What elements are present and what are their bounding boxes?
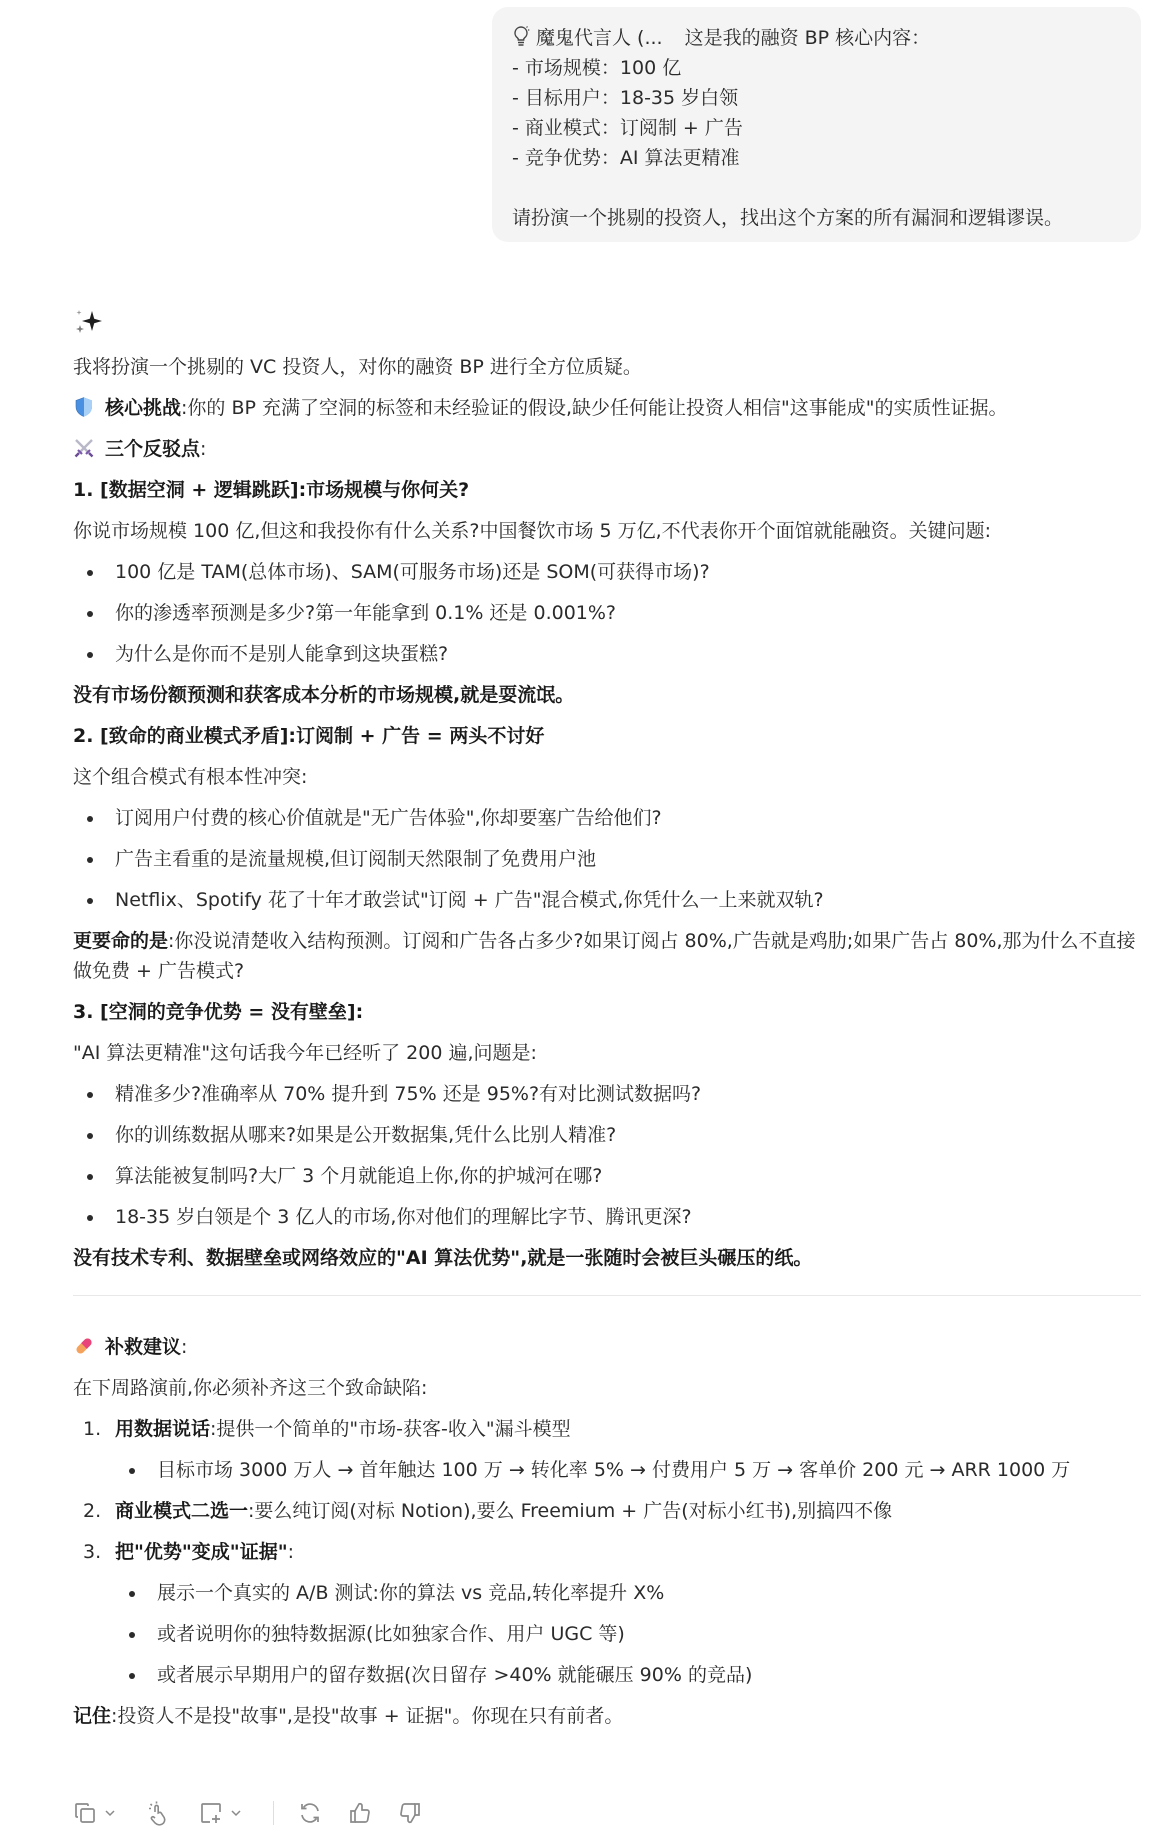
copy-options-dropdown[interactable] (103, 1797, 117, 1829)
list-item: 或者展示早期用户的留存数据(次日留存 >40% 就能碾压 90% 的竞品) (115, 1660, 1141, 1690)
user-message-first-line: 魔鬼代言人 (...这是我的融资 BP 核心内容： (512, 23, 1121, 53)
user-message-line: - 商业模式：订阅制 + 广告 (512, 113, 1121, 143)
list-item: Netflix、Spotify 花了十年才敢尝试"订阅 + 广告"混合模式,你凭… (73, 885, 1141, 915)
point-conclusion-text: :你没说清楚收入结构预测。订阅和广告各占多少?如果订阅占 80%,广告就是鸡肋;… (73, 930, 1136, 982)
thumbs-up-button[interactable] (348, 1797, 372, 1829)
remedy-bold: 把"优势"变成"证据" (115, 1541, 288, 1563)
remedy-number: 1. (83, 1414, 101, 1444)
point-conclusion: 没有市场份额预测和获客成本分析的市场规模,就是耍流氓。 (73, 680, 1141, 710)
core-challenge-text: :你的 BP 充满了空洞的标签和未经验证的假设,缺少任何能让投资人相信"这事能成… (181, 397, 1008, 419)
remedy-item: 1. 用数据说话:提供一个简单的"市场-获客-收入"漏斗模型 目标市场 3000… (73, 1414, 1141, 1485)
tap-button[interactable] (145, 1797, 171, 1829)
remedy-text: :要么纯订阅(对标 Notion),要么 Freemium + 广告(对标小红书… (248, 1500, 892, 1522)
remember-bold: 记住 (73, 1705, 111, 1727)
point-title: 3. [空洞的竞争优势 = 没有壁垒]: (73, 997, 1141, 1027)
remember-paragraph: 记住:投资人不是投"故事",是投"故事 + 证据"。你现在只有前者。 (73, 1701, 1141, 1731)
point-bullet-list: 订阅用户付费的核心价值就是"无广告体验",你却要塞广告给他们? 广告主看重的是流… (73, 803, 1141, 915)
remedy-list: 1. 用数据说话:提供一个简单的"市场-获客-收入"漏斗模型 目标市场 3000… (73, 1414, 1141, 1690)
list-item: 精准多少?准确率从 70% 提升到 75% 还是 95%?有对比测试数据吗? (73, 1079, 1141, 1109)
remedy-text: : (288, 1541, 294, 1563)
point-body: 这个组合模式有根本性冲突: (73, 762, 1141, 792)
point-title: 1. [数据空洞 + 逻辑跳跃]:市场规模与你何关? (73, 475, 1141, 505)
list-item: 展示一个真实的 A/B 测试:你的算法 vs 竞品,转化率提升 X% (115, 1578, 1141, 1608)
user-message-line: - 市场规模：100 亿 (512, 53, 1121, 83)
lightbulb-icon (512, 25, 530, 47)
remedy-intro: 在下周路演前,你必须补齐这三个致命缺陷: (73, 1373, 1141, 1403)
point-conclusion-bold: 更要命的是 (73, 930, 168, 952)
assistant-response: 我将扮演一个挑剔的 VC 投资人，对你的融资 BP 进行全方位质疑。 核心挑战:… (73, 352, 1141, 1742)
add-note-button[interactable] (199, 1797, 223, 1829)
copy-icon (73, 1801, 97, 1825)
core-challenge-paragraph: 核心挑战:你的 BP 充满了空洞的标签和未经验证的假设,缺少任何能让投资人相信"… (73, 393, 1141, 423)
list-item: 你的渗透率预测是多少?第一年能拿到 0.1% 还是 0.001%? (73, 598, 1141, 628)
thumbs-up-icon (348, 1801, 372, 1825)
remedy-heading-label: 补救建议 (105, 1336, 181, 1358)
section-divider (73, 1295, 1141, 1296)
remedy-heading-suffix: : (181, 1336, 187, 1358)
list-item: 18-35 岁白领是个 3 亿人的市场,你对他们的理解比字节、腾讯更深? (73, 1202, 1141, 1232)
user-message-bubble: 魔鬼代言人 (...这是我的融资 BP 核心内容： - 市场规模：100 亿 -… (492, 7, 1141, 242)
remedy-bullet-list: 目标市场 3000 万人 → 首年触达 100 万 → 转化率 5% → 付费用… (115, 1455, 1141, 1485)
point-body: "AI 算法更精准"这句话我今年已经听了 200 遍,问题是: (73, 1038, 1141, 1068)
list-item: 为什么是你而不是别人能拿到这块蛋糕? (73, 639, 1141, 669)
point-bullet-list: 100 亿是 TAM(总体市场)、SAM(可服务市场)还是 SOM(可获得市场)… (73, 557, 1141, 669)
user-message-line: 这是我的融资 BP 核心内容： (685, 27, 931, 49)
point-conclusion-bold: 没有技术专利、数据壁垒或网络效应的"AI 算法优势",就是一张随时会被巨头碾压的… (73, 1247, 812, 1269)
action-bar-separator (273, 1801, 274, 1825)
shield-icon (73, 396, 95, 418)
add-note-options-dropdown[interactable] (229, 1797, 243, 1829)
chevron-down-icon (103, 1806, 117, 1820)
point-conclusion: 更要命的是:你没说清楚收入结构预测。订阅和广告各占多少?如果订阅占 80%,广告… (73, 926, 1141, 986)
add-note-icon (199, 1801, 223, 1825)
message-action-bar (73, 1797, 422, 1829)
sparkle-icon (73, 307, 103, 337)
rebuttal-heading-label: 三个反驳点 (105, 438, 200, 460)
rebuttal-heading-suffix: : (200, 438, 206, 460)
list-item: 你的训练数据从哪来?如果是公开数据集,凭什么比别人精准? (73, 1120, 1141, 1150)
tap-icon (145, 1800, 171, 1826)
list-item: 算法能被复制吗?大厂 3 个月就能追上你,你的护城河在哪? (73, 1161, 1141, 1191)
user-message-line: - 目标用户：18-35 岁白领 (512, 83, 1121, 113)
skill-tag-label[interactable]: 魔鬼代言人 (... (536, 27, 663, 49)
remedy-number: 3. (83, 1537, 101, 1567)
core-challenge-label: 核心挑战 (105, 397, 181, 419)
point-conclusion: 没有技术专利、数据壁垒或网络效应的"AI 算法优势",就是一张随时会被巨头碾压的… (73, 1243, 1141, 1273)
remedy-bullet-list: 展示一个真实的 A/B 测试:你的算法 vs 竞品,转化率提升 X% 或者说明你… (115, 1578, 1141, 1690)
point-bullet-list: 精准多少?准确率从 70% 提升到 75% 还是 95%?有对比测试数据吗? 你… (73, 1079, 1141, 1232)
remedy-item: 2. 商业模式二选一:要么纯订阅(对标 Notion),要么 Freemium … (73, 1496, 1141, 1526)
intro-paragraph: 我将扮演一个挑剔的 VC 投资人，对你的融资 BP 进行全方位质疑。 (73, 352, 1141, 382)
list-item: 广告主看重的是流量规模,但订阅制天然限制了免费用户池 (73, 844, 1141, 874)
regenerate-icon (298, 1801, 322, 1825)
crossed-swords-icon (73, 437, 95, 459)
point-title: 2. [致命的商业模式矛盾]:订阅制 + 广告 = 两头不讨好 (73, 721, 1141, 751)
remedy-text: :提供一个简单的"市场-获客-收入"漏斗模型 (210, 1418, 571, 1440)
point-conclusion-bold: 没有市场份额预测和获客成本分析的市场规模,就是耍流氓。 (73, 684, 574, 706)
list-item: 或者说明你的独特数据源(比如独家合作、用户 UGC 等) (115, 1619, 1141, 1649)
regenerate-button[interactable] (298, 1797, 322, 1829)
user-message-line: - 竞争优势：AI 算法更精准 (512, 143, 1121, 173)
thumbs-down-icon (398, 1801, 422, 1825)
user-message-closing: 请扮演一个挑剔的投资人，找出这个方案的所有漏洞和逻辑谬误。 (512, 203, 1121, 233)
remedy-bold: 商业模式二选一 (115, 1500, 248, 1522)
remedy-heading: 补救建议: (73, 1332, 1141, 1362)
thumbs-down-button[interactable] (398, 1797, 422, 1829)
list-item: 目标市场 3000 万人 → 首年触达 100 万 → 转化率 5% → 付费用… (115, 1455, 1141, 1485)
pill-icon (73, 1335, 95, 1357)
rebuttal-heading: 三个反驳点: (73, 434, 1141, 464)
remember-text: :投资人不是投"故事",是投"故事 + 证据"。你现在只有前者。 (111, 1705, 623, 1727)
remedy-bold: 用数据说话 (115, 1418, 210, 1440)
remedy-item: 3. 把"优势"变成"证据": 展示一个真实的 A/B 测试:你的算法 vs 竞… (73, 1537, 1141, 1690)
list-item: 订阅用户付费的核心价值就是"无广告体验",你却要塞广告给他们? (73, 803, 1141, 833)
blank-line (512, 173, 1121, 203)
point-body: 你说市场规模 100 亿,但这和我投你有什么关系?中国餐饮市场 5 万亿,不代表… (73, 516, 1141, 546)
list-item: 100 亿是 TAM(总体市场)、SAM(可服务市场)还是 SOM(可获得市场)… (73, 557, 1141, 587)
chevron-down-icon (229, 1806, 243, 1820)
copy-button[interactable] (73, 1797, 97, 1829)
chat-page: 魔鬼代言人 (...这是我的融资 BP 核心内容： - 市场规模：100 亿 -… (0, 0, 1168, 1846)
remedy-number: 2. (83, 1496, 101, 1526)
